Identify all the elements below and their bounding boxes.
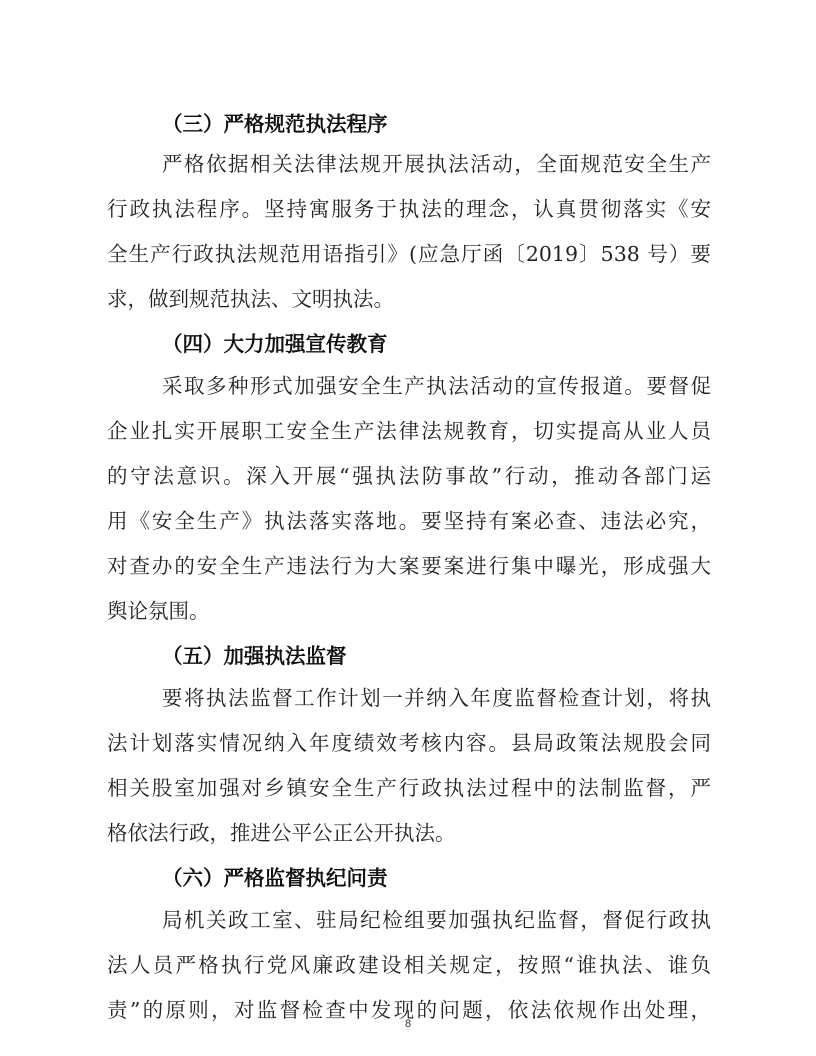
paragraph-line: 行政执法程序。坚持寓服务于执法的理念，认真贯彻落实《安 [107,191,711,227]
paragraph-line: 求，做到规范执法、文明执法。 [107,281,711,317]
section-heading-3: （三）严格规范执法程序 [162,106,388,142]
document-page: （三）严格规范执法程序 严格依据相关法律法规开展执法活动，全面规范安全生产 行政… [0,0,816,1056]
paragraph-line: 相关股室加强对乡镇安全生产行政执法过程中的法制监督，严 [107,770,711,806]
paragraph-line: 用《安全生产》执法落实落地。要坚持有案必查、违法必究， [107,503,711,539]
paragraph-line: 法计划落实情况纳入年度绩效考核内容。县局政策法规股会同 [107,725,711,761]
paragraph-line: 企业扎实开展职工安全生产法律法规教育，切实提高从业人员 [107,413,711,449]
paragraph-line: 的守法意识。深入开展“强执法防事故”行动，推动各部门运 [107,458,711,494]
section-heading-4: （四）大力加强宣传教育 [162,326,388,362]
paragraph-line: 全生产行政执法规范用语指引》(应急厅函〔2019〕538 号）要 [107,236,711,272]
paragraph-line: 法人员严格执行党风廉政建设相关规定，按照“谁执法、谁负 [107,947,711,983]
paragraph-line: 严格依据相关法律法规开展执法活动，全面规范安全生产 [162,146,711,182]
paragraph-line: 对查办的安全生产违法行为大案要案进行集中曝光，形成强大 [107,548,711,584]
paragraph-line: 格依法行政，推进公平公正公开执法。 [107,815,711,851]
section-heading-5: （五）加强执法监督 [162,638,347,674]
paragraph-line: 局机关政工室、驻局纪检组要加强执纪监督，督促行政执 [162,902,711,938]
paragraph-line: 舆论氛围。 [107,593,711,629]
paragraph-line: 要将执法监督工作计划一并纳入年度监督检查计划，将执 [162,680,711,716]
section-heading-6: （六）严格监督执纪问责 [162,860,388,896]
page-number: 8 [0,1018,816,1030]
paragraph-line: 采取多种形式加强安全生产执法活动的宣传报道。要督促 [162,368,711,404]
